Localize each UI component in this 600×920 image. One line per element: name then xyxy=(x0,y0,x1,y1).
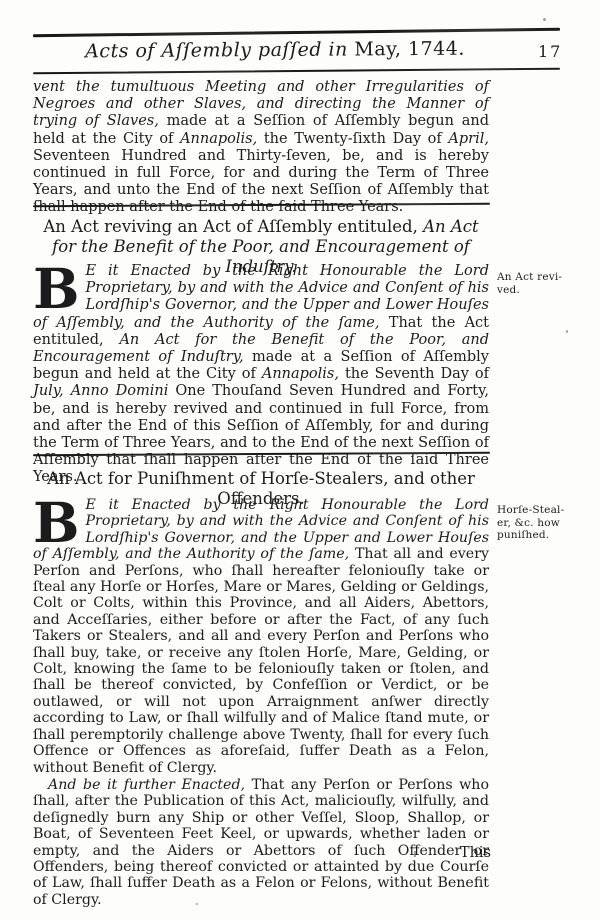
scan-speck xyxy=(566,330,568,333)
scan-speck xyxy=(196,903,198,905)
catchword: This xyxy=(33,845,491,861)
page-title: Acts of Aſſembly paſſed in May, 1744. xyxy=(60,37,490,62)
scan-speck xyxy=(543,18,546,21)
act2-body-text: E it Enacted by the Right Honourable the… xyxy=(33,497,489,776)
act2-dropcap: B xyxy=(33,497,86,545)
scan-speck xyxy=(414,851,416,857)
act1-margin-note: An Act revi- ved. xyxy=(497,271,577,296)
document-page: Acts of Aſſembly paſſed in May, 1744. 17… xyxy=(0,0,600,920)
act2-further-paragraph: And be it further Enacted, That any Perſ… xyxy=(33,777,489,908)
header-rule-bottom xyxy=(33,68,560,75)
act2-margin-note: Horſe-Steal- er, &c. how puniſhed. xyxy=(497,504,577,542)
act2-body: BE it Enacted by the Right Honourable th… xyxy=(33,497,489,776)
act1-dropcap: B xyxy=(33,263,86,311)
continuation-paragraph: vent the tumultuous Meeting and other Ir… xyxy=(33,79,489,217)
header-rule-top xyxy=(33,28,560,37)
page-number: 17 xyxy=(538,42,562,61)
